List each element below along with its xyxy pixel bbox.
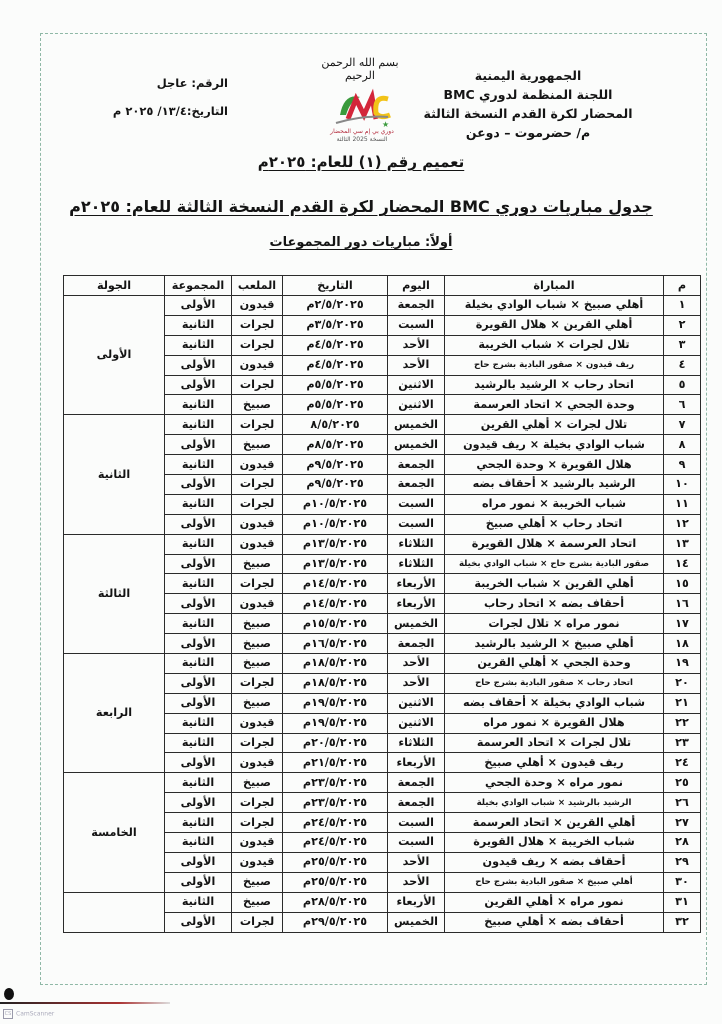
match-teams: شباب الخريبة × نمور مراه [445,494,664,514]
match-stadium: صبيخ [232,435,283,455]
match-stadium: قيدون [232,833,283,853]
match-day: الخميس [388,614,445,634]
match-teams: ريف قيدون × أهلي صبيخ [445,753,664,773]
match-group: الثانية [165,713,232,733]
match-stadium: صبيخ [232,614,283,634]
match-stadium: قيدون [232,455,283,475]
match-day: الأربعاء [388,753,445,773]
match-group: الأولى [165,355,232,375]
circular-title: تعميم رقم (١) للعام: ٢٠٢٥م [0,153,722,171]
match-stadium: لجرات [232,574,283,594]
match-stadium: لجرات [232,912,283,932]
match-teams: أهلي القرين × هلال القويرة [445,315,664,335]
match-stadium: قيدون [232,713,283,733]
match-number: ٧ [664,415,701,435]
match-teams: نمور مراه × وحدة الجحي [445,773,664,793]
match-group: الثانية [165,335,232,355]
match-stadium: قيدون [232,355,283,375]
match-day: الاثنين [388,375,445,395]
match-group: الثانية [165,733,232,753]
match-number: ١٤ [664,554,701,574]
match-day: الجمعة [388,634,445,654]
match-group: الثانية [165,892,232,912]
match-stadium: صبيخ [232,634,283,654]
match-stadium: صبيخ [232,654,283,674]
col-header-stadium: الملعب [232,276,283,296]
match-teams: الرشيد بالرشيد × شباب الوادي بخيلة [445,793,664,813]
match-teams: نمور مراه × تلال لجرات [445,614,664,634]
scan-edge [0,1002,170,1004]
match-teams: أهلي القرين × شباب الخريبة [445,574,664,594]
match-number: ٢٥ [664,773,701,793]
match-group: الأولى [165,375,232,395]
match-date: ٩/٥/٢٠٢٥م [283,455,388,475]
round-label: الثانية [64,415,165,534]
match-day: الخميس [388,415,445,435]
match-stadium: قيدون [232,594,283,614]
match-number: ٢٣ [664,733,701,753]
match-number: ١٣ [664,534,701,554]
match-day: الاثنين [388,395,445,415]
col-header-group: المجموعة [165,276,232,296]
match-number: ١٨ [664,634,701,654]
match-number: ٢٦ [664,793,701,813]
match-teams: وحدة الجحي × أهلي القرين [445,654,664,674]
match-group: الثانية [165,415,232,435]
match-stadium: لجرات [232,793,283,813]
match-teams: تلال لجرات × شباب الخريبة [445,335,664,355]
match-group: الثانية [165,813,232,833]
match-number: ٢١ [664,693,701,713]
match-number: ٢٩ [664,852,701,872]
match-number: ١ [664,296,701,316]
scanner-logo-icon: CS [3,1009,13,1019]
issuer-line: الجمهورية اليمنية [418,66,638,85]
match-group: الأولى [165,912,232,932]
section-title: أولاً: مباريات دور المجموعات [0,235,722,250]
match-teams: أهلي صبيخ × صقور البادية بشرج حاح [445,872,664,892]
match-stadium: لجرات [232,813,283,833]
match-number: ١٧ [664,614,701,634]
basmala: بسم الله الرحمن الرحيم [308,56,412,82]
match-date: ١٠/٥/٢٠٢٥م [283,514,388,534]
match-teams: شباب الوادي بخيلة × أحقاف بضه [445,693,664,713]
issuer-line: م/ حضرموت – دوعن [418,123,638,142]
match-teams: ريف قيدون × صقور البادية بشرج حاح [445,355,664,375]
match-day: السبت [388,494,445,514]
schedule-title: جدول مباريات دوري BMC المحضار لكرة القدم… [0,197,722,216]
match-group: الأولى [165,673,232,693]
col-header-match: المباراة [445,276,664,296]
scanner-watermark: CSCamScanner [3,1009,54,1019]
match-group: الثانية [165,455,232,475]
match-date: ١٦/٥/٢٠٢٥م [283,634,388,654]
match-group: الثانية [165,614,232,634]
match-teams: اتحاد رحاب × صقور البادية بشرج حاح [445,673,664,693]
match-number: ١١ [664,494,701,514]
match-group: الأولى [165,852,232,872]
table-row: ١٩وحدة الجحي × أهلي القرينالأحد١٨/٥/٢٠٢٥… [64,654,701,674]
table-row: ١٣اتحاد العرسمة × هلال القويرةالثلاثاء١٣… [64,534,701,554]
match-teams: شباب الخريبة × هلال القويرة [445,833,664,853]
match-number: ٨ [664,435,701,455]
match-teams: صقور البادية بشرج حاح × شباب الوادي بخيل… [445,554,664,574]
match-teams: شباب الوادي بخيلة × ريف قيدون [445,435,664,455]
match-number: ٣٠ [664,872,701,892]
match-day: الأحد [388,673,445,693]
match-teams: أحقاف بضه × أهلي صبيخ [445,912,664,932]
match-number: ٢٢ [664,713,701,733]
match-date: ٢٤/٥/٢٠٢٥م [283,833,388,853]
match-date: ٤/٥/٢٠٢٥م [283,335,388,355]
match-date: ١٥/٥/٢٠٢٥م [283,614,388,634]
match-number: ٢٠ [664,673,701,693]
table-row: ٢٥نمور مراه × وحدة الجحيالجمعة٢٣/٥/٢٠٢٥م… [64,773,701,793]
match-teams: نمور مراه × أهلي القرين [445,892,664,912]
match-number: ١٠ [664,475,701,495]
match-stadium: صبيخ [232,892,283,912]
match-date: ١٠/٥/٢٠٢٥م [283,494,388,514]
match-day: الثلاثاء [388,733,445,753]
match-group: الأولى [165,475,232,495]
match-group: الأولى [165,753,232,773]
match-teams: أحقاف بضه × ريف قيدون [445,852,664,872]
match-date: ٢٤/٥/٢٠٢٥م [283,813,388,833]
round-label: الرابعة [64,654,165,773]
match-date: ٢٥/٥/٢٠٢٥م [283,852,388,872]
match-day: السبت [388,833,445,853]
match-group: الثانية [165,833,232,853]
match-group: الثانية [165,574,232,594]
col-header-date: التاريخ [283,276,388,296]
table-row: ٣١نمور مراه × أهلي القرينالأربعاء٢٨/٥/٢٠… [64,892,701,912]
match-stadium: قيدون [232,852,283,872]
match-stadium: صبيخ [232,395,283,415]
match-date: ٢١/٥/٢٠٢٥م [283,753,388,773]
match-date: ١٣/٥/٢٠٢٥م [283,554,388,574]
match-date: ٢٣/٥/٢٠٢٥م [283,773,388,793]
match-number: ٢٤ [664,753,701,773]
match-group: الأولى [165,872,232,892]
match-date: ١٨/٥/٢٠٢٥م [283,654,388,674]
match-day: الأحد [388,852,445,872]
match-day: الجمعة [388,475,445,495]
match-day: الخميس [388,435,445,455]
match-day: الأحد [388,335,445,355]
match-number: ٣ [664,335,701,355]
match-date: ١٤/٥/٢٠٢٥م [283,594,388,614]
match-number: ٣٢ [664,912,701,932]
issuer-block: الجمهورية اليمنية اللجنة المنظمة لدوري B… [418,66,638,142]
match-date: ١٩/٥/٢٠٢٥م [283,693,388,713]
match-teams: الرشيد بالرشيد × أحقاف بضه [445,475,664,495]
reference-block: الرقم: عاجل التاريخ:١٣/٤/ ٢٠٢٥ م [128,76,228,132]
match-group: الأولى [165,296,232,316]
match-group: الأولى [165,793,232,813]
match-stadium: لجرات [232,375,283,395]
match-teams: اتحاد رحاب × أهلي صبيخ [445,514,664,534]
match-day: الخميس [388,912,445,932]
match-stadium: صبيخ [232,773,283,793]
match-group: الثانية [165,494,232,514]
match-teams: تلال لجرات × اتحاد العرسمة [445,733,664,753]
match-schedule-table: م المباراة اليوم التاريخ الملعب المجموعة… [63,275,701,933]
match-group: الأولى [165,514,232,534]
match-date: ٨/٥/٢٠٢٥ [283,415,388,435]
match-day: الجمعة [388,773,445,793]
match-stadium: لجرات [232,335,283,355]
match-date: ١٩/٥/٢٠٢٥م [283,713,388,733]
match-group: الثانية [165,773,232,793]
match-teams: اتحاد العرسمة × هلال القويرة [445,534,664,554]
issuer-line: المحضار لكرة القدم النسخة الثالثة [418,104,638,123]
match-stadium: قيدون [232,514,283,534]
match-group: الثانية [165,315,232,335]
match-day: الاثنين [388,713,445,733]
match-date: ٢٣/٥/٢٠٢٥م [283,793,388,813]
match-number: ١٩ [664,654,701,674]
match-date: ٢٠/٥/٢٠٢٥م [283,733,388,753]
match-group: الأولى [165,435,232,455]
match-date: ٩/٥/٢٠٢٥م [283,475,388,495]
match-teams: هلال القويرة × نمور مراه [445,713,664,733]
round-label: الخامسة [64,773,165,892]
match-date: ١٨/٥/٢٠٢٥م [283,673,388,693]
col-header-day: اليوم [388,276,445,296]
match-day: السبت [388,315,445,335]
table-body: ١أهلي صبيخ × شباب الوادي بخيلةالجمعة٢/٥/… [64,296,701,933]
match-teams: أحقاف بضه × اتحاد رحاب [445,594,664,614]
match-day: الأربعاء [388,892,445,912]
match-number: ٦ [664,395,701,415]
match-group: الأولى [165,634,232,654]
match-number: ٣١ [664,892,701,912]
match-day: الاثنين [388,693,445,713]
match-number: ٢٧ [664,813,701,833]
match-group: الثانية [165,534,232,554]
match-date: ٤/٥/٢٠٢٥م [283,355,388,375]
match-date: ٣/٥/٢٠٢٥م [283,315,388,335]
match-day: الأحد [388,654,445,674]
match-date: ٨/٥/٢٠٢٥م [283,435,388,455]
match-teams: أهلي صبيخ × الرشيد بالرشيد [445,634,664,654]
match-day: الجمعة [388,455,445,475]
match-date: ١٣/٥/٢٠٢٥م [283,534,388,554]
match-stadium: صبيخ [232,872,283,892]
match-day: الجمعة [388,793,445,813]
match-date: ٢/٥/٢٠٢٥م [283,296,388,316]
match-number: ١٦ [664,594,701,614]
match-day: الثلاثاء [388,534,445,554]
round-label: الثالثة [64,534,165,653]
match-group: الثانية [165,395,232,415]
col-header-number: م [664,276,701,296]
match-stadium: قيدون [232,296,283,316]
match-day: الأربعاء [388,574,445,594]
match-day: الأحد [388,355,445,375]
match-number: ٢ [664,315,701,335]
round-label [64,892,165,932]
match-number: ٩ [664,455,701,475]
col-header-round: الجولة [64,276,165,296]
match-day: السبت [388,813,445,833]
table-row: ١أهلي صبيخ × شباب الوادي بخيلةالجمعة٢/٥/… [64,296,701,316]
match-teams: أهلي القرين × اتحاد العرسمة [445,813,664,833]
scan-mark [4,988,14,1000]
match-date: ٥/٥/٢٠٢٥م [283,375,388,395]
match-group: الأولى [165,554,232,574]
match-stadium: لجرات [232,673,283,693]
match-date: ٢٥/٥/٢٠٢٥م [283,872,388,892]
match-day: الجمعة [388,296,445,316]
match-stadium: لجرات [232,315,283,335]
match-day: الأربعاء [388,594,445,614]
match-stadium: لجرات [232,475,283,495]
match-group: الأولى [165,693,232,713]
match-teams: أهلي صبيخ × شباب الوادي بخيلة [445,296,664,316]
table-row: ٧تلال لجرات × أهلي القرينالخميس٨/٥/٢٠٢٥ل… [64,415,701,435]
match-stadium: صبيخ [232,554,283,574]
match-stadium: صبيخ [232,693,283,713]
match-teams: اتحاد رحاب × الرشيد بالرشيد [445,375,664,395]
match-number: ٤ [664,355,701,375]
match-group: الأولى [165,594,232,614]
match-number: ١٢ [664,514,701,534]
match-date: ٢٩/٥/٢٠٢٥م [283,912,388,932]
match-date: ١٤/٥/٢٠٢٥م [283,574,388,594]
match-number: ٥ [664,375,701,395]
match-date: ٥/٥/٢٠٢٥م [283,395,388,415]
match-teams: تلال لجرات × أهلي القرين [445,415,664,435]
match-day: السبت [388,514,445,534]
match-day: الثلاثاء [388,554,445,574]
match-teams: هلال القويرة × وحدة الجحي [445,455,664,475]
match-stadium: لجرات [232,733,283,753]
match-date: ٢٨/٥/٢٠٢٥م [283,892,388,912]
match-number: ١٥ [664,574,701,594]
issuer-line: اللجنة المنظمة لدوري BMC [418,85,638,104]
match-teams: وحدة الجحي × اتحاد العرسمة [445,395,664,415]
logo-caption: دوري بي إم سي المحضار النسخة 2025 الثالث… [326,128,398,144]
reference-number: الرقم: عاجل [128,76,228,90]
match-day: الأحد [388,872,445,892]
match-stadium: لجرات [232,415,283,435]
round-label: الأولى [64,296,165,415]
match-stadium: قيدون [232,534,283,554]
match-number: ٢٨ [664,833,701,853]
match-group: الثانية [165,654,232,674]
match-stadium: لجرات [232,494,283,514]
document-date: التاريخ:١٣/٤/ ٢٠٢٥ م [128,104,228,118]
table-header-row: م المباراة اليوم التاريخ الملعب المجموعة… [64,276,701,296]
match-stadium: قيدون [232,753,283,773]
